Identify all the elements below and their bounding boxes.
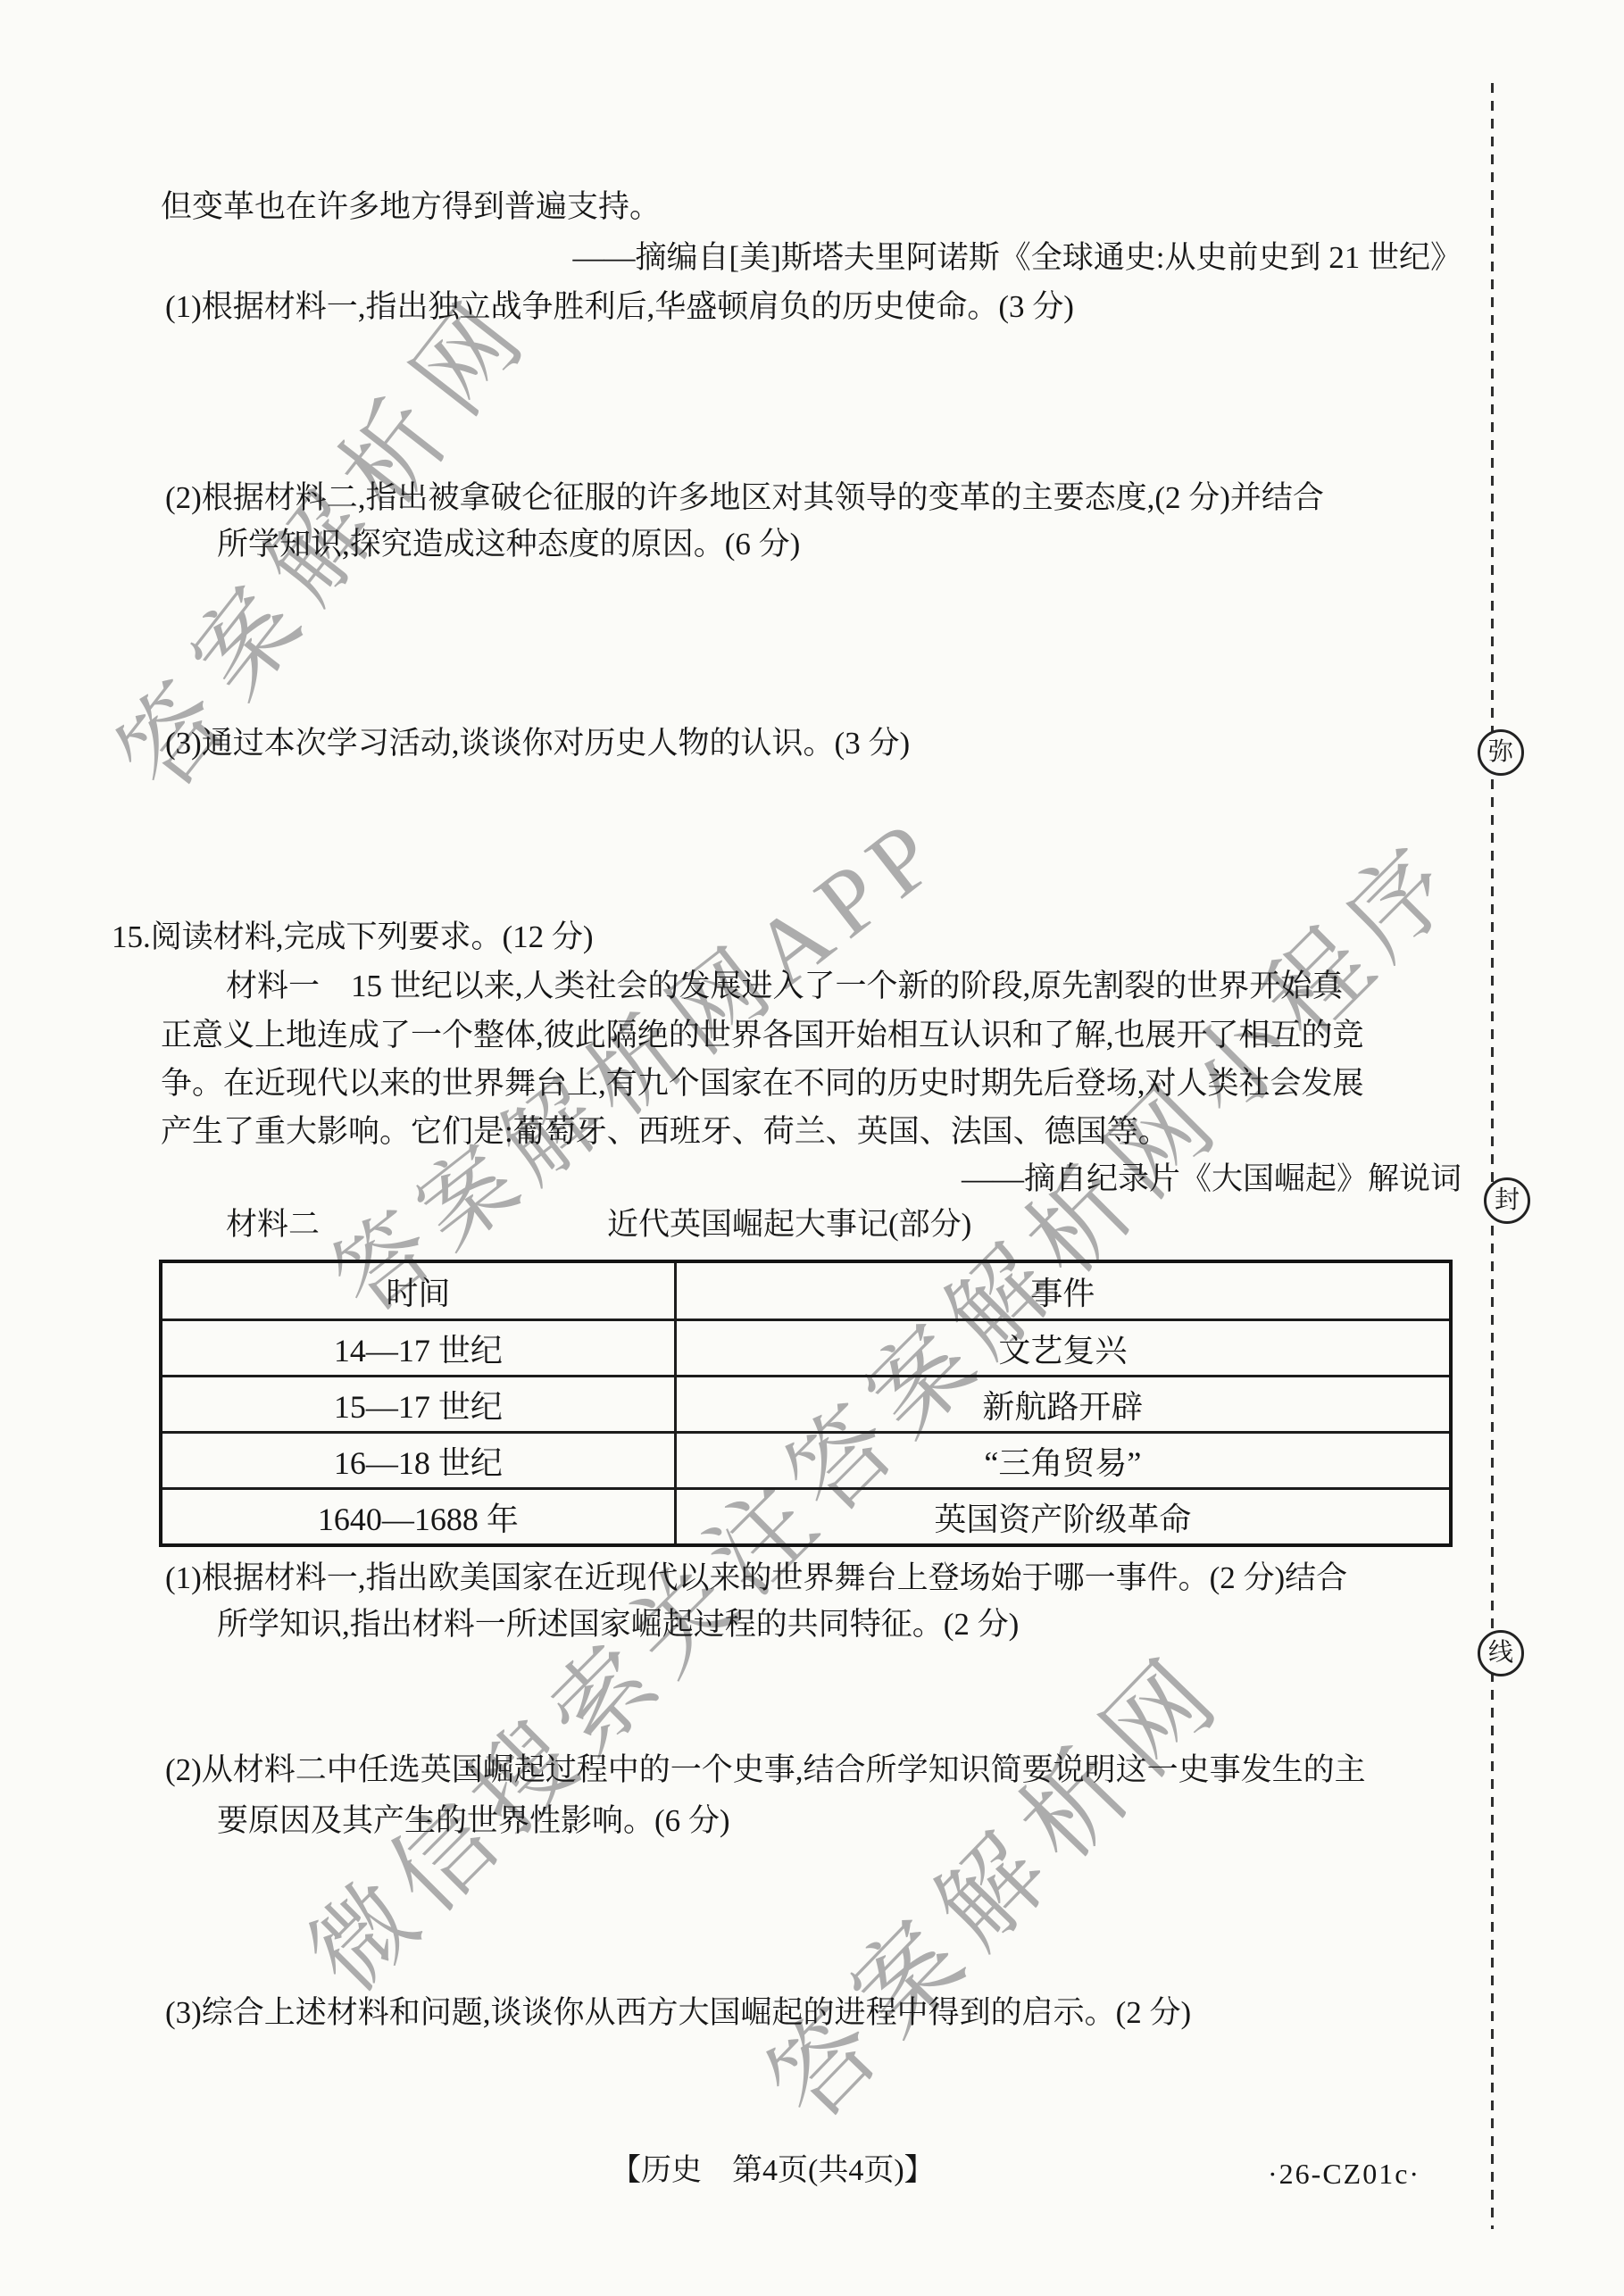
q15-material1-source: ——摘自纪录片《大国崛起》解说词 (962, 1161, 1462, 1197)
q14-source-citation: ——摘编自[美]斯塔夫里阿诺斯《全球通史:从史前史到 21 世纪》 (572, 240, 1462, 276)
table-cell-event: 新航路开辟 (675, 1377, 1451, 1433)
seal-char-xian: 线 (1478, 1630, 1524, 1676)
q15-part1-line1: (1)根据材料一,指出欧美国家在近现代以来的世界舞台上登场始于哪一事件。(2 分… (165, 1560, 1347, 1596)
q15-material2-table-title: 近代英国崛起大事记(部分) (607, 1207, 971, 1243)
q15-material1-line4: 产生了重大影响。它们是:葡萄牙、西班牙、荷兰、英国、法国、德国等。 (161, 1114, 1170, 1150)
table-cell-time: 16—18 世纪 (161, 1433, 675, 1489)
q14-part1: (1)根据材料一,指出独立战争胜利后,华盛顿肩负的历史使命。(3 分) (165, 289, 1074, 325)
table-row: 14—17 世纪 文艺复兴 (161, 1320, 1451, 1377)
table-header-time: 时间 (161, 1261, 675, 1320)
table-row: 16—18 世纪 “三角贸易” (161, 1433, 1451, 1489)
q15-material1-line2: 正意义上地连成了一个整体,彼此隔绝的世界各国开始相互认识和了解,也展开了相互的竞 (161, 1018, 1364, 1053)
table-cell-time: 14—17 世纪 (161, 1320, 675, 1377)
table-header-row: 时间 事件 (161, 1261, 1451, 1320)
table-cell-time: 1640—1688 年 (161, 1489, 675, 1546)
q14-part2-line1: (2)根据材料二,指出被拿破仑征服的许多地区对其领导的变革的主要态度,(2 分)… (165, 480, 1324, 516)
q14-part2-line2: 所学知识,探究造成这种态度的原因。(6 分) (217, 527, 800, 562)
watermark-answer-site-bottom: 答案解析网 (729, 1611, 1253, 2147)
watermark-answer-site-app: 答案解析网APP (301, 777, 968, 1339)
q15-material1-line3: 争。在近现代以来的世界舞台上,有九个国家在不同的历史时期先后登场,对人类社会发展 (161, 1066, 1364, 1102)
q15-part1-line2: 所学知识,指出材料一所述国家崛起过程的共同特征。(2 分) (217, 1607, 1019, 1643)
q15-part2-line1: (2)从材料二中任选英国崛起过程中的一个史事,结合所学知识简要说明这一史事发生的… (165, 1752, 1366, 1788)
table-cell-event: 英国资产阶级革命 (675, 1489, 1451, 1546)
exam-paper-page: 答案解析网 答案解析网APP 微信搜索关注答案解析网小程序 答案解析网 但变革也… (0, 0, 1624, 2296)
seal-dashed-line (1491, 83, 1494, 2229)
q15-stem: 15.阅读材料,完成下列要求。(12 分) (112, 919, 594, 955)
seal-char-feng: 封 (1484, 1177, 1530, 1224)
table-row: 1640—1688 年 英国资产阶级革命 (161, 1489, 1451, 1546)
q15-part2-line2: 要原因及其产生的世界性影响。(6 分) (217, 1803, 730, 1839)
england-rise-events-table: 时间 事件 14—17 世纪 文艺复兴 15—17 世纪 新航路开辟 16—18… (159, 1260, 1453, 1547)
seal-char-mi: 弥 (1478, 729, 1524, 776)
table-cell-time: 15—17 世纪 (161, 1377, 675, 1433)
footer-paper-code: ·26-CZ01c· (1268, 2156, 1420, 2192)
q15-material1-line1: 材料一 15 世纪以来,人类社会的发展进入了一个新的阶段,原先割裂的世界开始真 (226, 969, 1343, 1004)
table-row: 15—17 世纪 新航路开辟 (161, 1377, 1451, 1433)
q14-closing-line: 但变革也在许多地方得到普遍支持。 (161, 189, 661, 225)
footer-page-info: 【历史 第4页(共4页)】 (611, 2153, 935, 2189)
table-cell-event: “三角贸易” (675, 1433, 1451, 1489)
table-header-event: 事件 (675, 1261, 1451, 1320)
q15-material2-label: 材料二 (226, 1207, 320, 1243)
q15-part3: (3)综合上述材料和问题,谈谈你从西方大国崛起的进程中得到的启示。(2 分) (165, 1995, 1191, 2031)
q14-part3: (3)通过本次学习活动,谈谈你对历史人物的认识。(3 分) (165, 726, 910, 761)
table-cell-event: 文艺复兴 (675, 1320, 1451, 1377)
